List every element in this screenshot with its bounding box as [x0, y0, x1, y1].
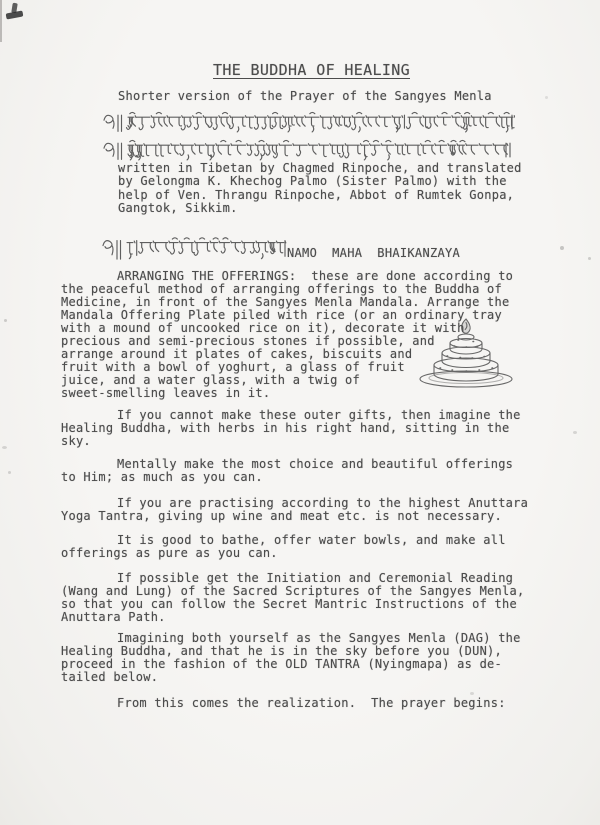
invocation-text: NAMO MAHA BHAIKANZAYA: [287, 246, 460, 260]
paragraph-outer-gifts: If you cannot make these outer gifts, th…: [61, 409, 541, 448]
paragraph-initiation-reading: If possible get the Initiation and Cerem…: [61, 572, 541, 624]
scan-artifact: [8, 471, 11, 474]
flame-jewel-icon: [462, 319, 470, 333]
scan-artifact: [588, 257, 591, 260]
scanned-document-page: THE BUDDHA OF HEALING Shorter version of…: [0, 0, 600, 825]
tibetan-namo-line: [100, 232, 288, 267]
paragraph-imagining-yourself: Imagining both yourself as the Sangyes M…: [61, 632, 541, 684]
scan-artifact: [470, 692, 474, 695]
mandala-offering-illustration: [416, 317, 526, 395]
scan-artifact: [560, 246, 564, 250]
document-title: THE BUDDHA OF HEALING: [213, 61, 410, 79]
paragraph-realization: From this comes the realization. The pra…: [61, 697, 541, 710]
scan-artifact: [573, 431, 577, 434]
translator-credit: written in Tibetan by Chagmed Rinpoche, …: [118, 162, 522, 215]
paragraph-mental-offerings: Mentally make the most choice and beauti…: [61, 458, 541, 484]
tibetan-verse-line-1: [101, 108, 515, 139]
scan-artifact-corner-mark: [6, 10, 24, 19]
document-subtitle: Shorter version of the Prayer of the San…: [118, 90, 492, 103]
paragraph-anuttara-yoga: If you are practising according to the h…: [61, 497, 541, 523]
scan-artifact: [545, 96, 548, 99]
scan-artifact: [4, 319, 7, 322]
scan-artifact-edge-line: [0, 0, 2, 42]
paragraph-bathe-offer: It is good to bathe, offer water bowls, …: [61, 534, 541, 560]
scan-artifact: [2, 446, 7, 449]
